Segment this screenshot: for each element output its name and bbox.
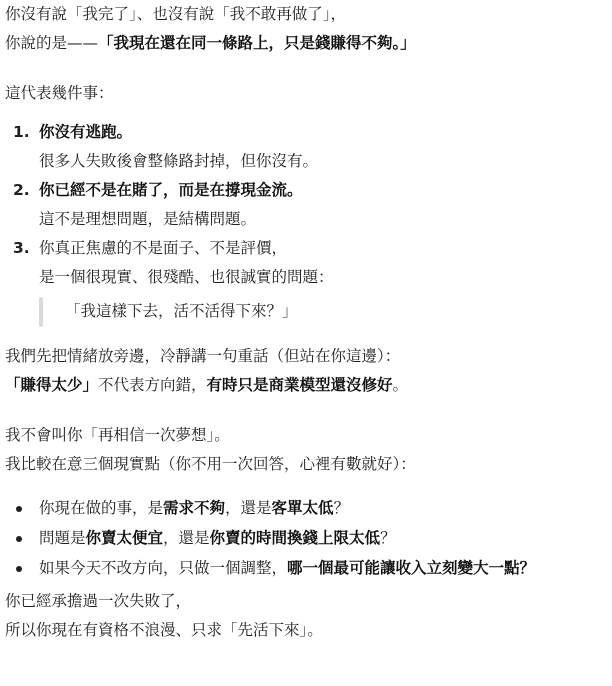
realism-line-2: 我比較在意三個現實點（你不用一次回答，心裡有數就好）： [5,450,612,479]
text: 你現在做的事，是 [39,499,163,517]
item-body: 很多人失敗後會整條路封掉，但你沒有。 [39,147,612,176]
calm-line-2: 「賺得太少」不代表方向錯，有時只是商業模型還沒修好。 [5,371,612,400]
list-marker: 3. [13,234,30,263]
text: 如果今天不改方向，只做一個調整， [39,559,287,577]
bullet-dot-icon [16,566,22,572]
quote-bar [39,297,43,327]
bullet-item-1: 你現在做的事，是需求不夠，還是客單太低？ [5,493,612,523]
numbered-list: 1. 你沒有逃跑。 很多人失敗後會整條路封掉，但你沒有。 2. 你已經不是在賭了… [5,118,612,292]
item-title: 你沒有逃跑。 [39,118,612,147]
bold-phrase: 「賺得太少」 [5,376,98,394]
quote-text: 「我這樣下去，活不活得下來？」 [65,302,298,320]
numbered-item-2: 2. 你已經不是在賭了，而是在撐現金流。 這不是理想問題，是結構問題。 [5,176,612,234]
calm-line-1: 我們先把情緒放旁邊，冷靜講一句重話（但站在你這邊）： [5,342,612,371]
intro-bold-quote: 「我現在還在同一條路上，只是錢賺得不夠。」 [98,34,416,52]
section-heading: 這代表幾件事： [5,79,612,108]
text: ？ [380,529,396,547]
item-body: 這不是理想問題，是結構問題。 [39,205,612,234]
numbered-item-3: 3. 你真正焦慮的不是面子、不是評價， 是一個很現實、很殘酷、也很誠實的問題： [5,234,612,292]
punctuation: 。 [393,376,409,394]
intro-line-2: 你說的是——「我現在還在同一條路上，只是錢賺得不夠。」 [5,29,612,58]
bold-phrase: 有時只是商業模型還沒修好 [207,376,393,394]
bold-phrase: 你賣的時間換錢上限太低 [210,529,381,547]
bold-phrase: 客單太低 [272,499,334,517]
item-title: 你已經不是在賭了，而是在撐現金流。 [39,176,612,205]
bold-phrase: 需求不夠 [163,499,225,517]
bold-phrase: 哪一個最可能讓收入立刻變大一點？ [287,559,535,577]
text: 問題是 [39,529,86,547]
chat-message: 你沒有說「我完了」、也沒有說「我不敢再做了」， 你說的是——「我現在還在同一條路… [0,0,612,645]
list-marker: 2. [13,176,30,205]
item-body: 是一個很現實、很殘酷、也很誠實的問題： [39,263,612,292]
bold-phrase: 你賣太便宜 [86,529,164,547]
text: ？ [334,499,350,517]
realism-line-1: 我不會叫你「再相信一次夢想」。 [5,421,612,450]
bullet-item-3: 如果今天不改方向，只做一個調整，哪一個最可能讓收入立刻變大一點？ [5,553,612,583]
closing-line-2: 所以你現在有資格不浪漫、只求「先活下來」。 [5,616,612,645]
closing-line-1: 你已經承擔過一次失敗了， [5,587,612,616]
intro-line-1: 你沒有說「我完了」、也沒有說「我不敢再做了」， [5,0,612,29]
bullet-list: 你現在做的事，是需求不夠，還是客單太低？ 問題是你賣太便宜，還是你賣的時間換錢上… [5,493,612,583]
bullet-dot-icon [16,536,22,542]
text: ，還是 [225,499,272,517]
bullet-dot-icon [16,506,22,512]
text: ，還是 [163,529,210,547]
intro-prefix: 你說的是—— [5,34,98,52]
numbered-item-1: 1. 你沒有逃跑。 很多人失敗後會整條路封掉，但你沒有。 [5,118,612,176]
normal-phrase: 不代表方向錯， [98,376,207,394]
item-title: 你真正焦慮的不是面子、不是評價， [39,234,612,263]
list-marker: 1. [13,118,30,147]
blockquote: 「我這樣下去，活不活得下來？」 [39,296,612,326]
bullet-item-2: 問題是你賣太便宜，還是你賣的時間換錢上限太低？ [5,523,612,553]
